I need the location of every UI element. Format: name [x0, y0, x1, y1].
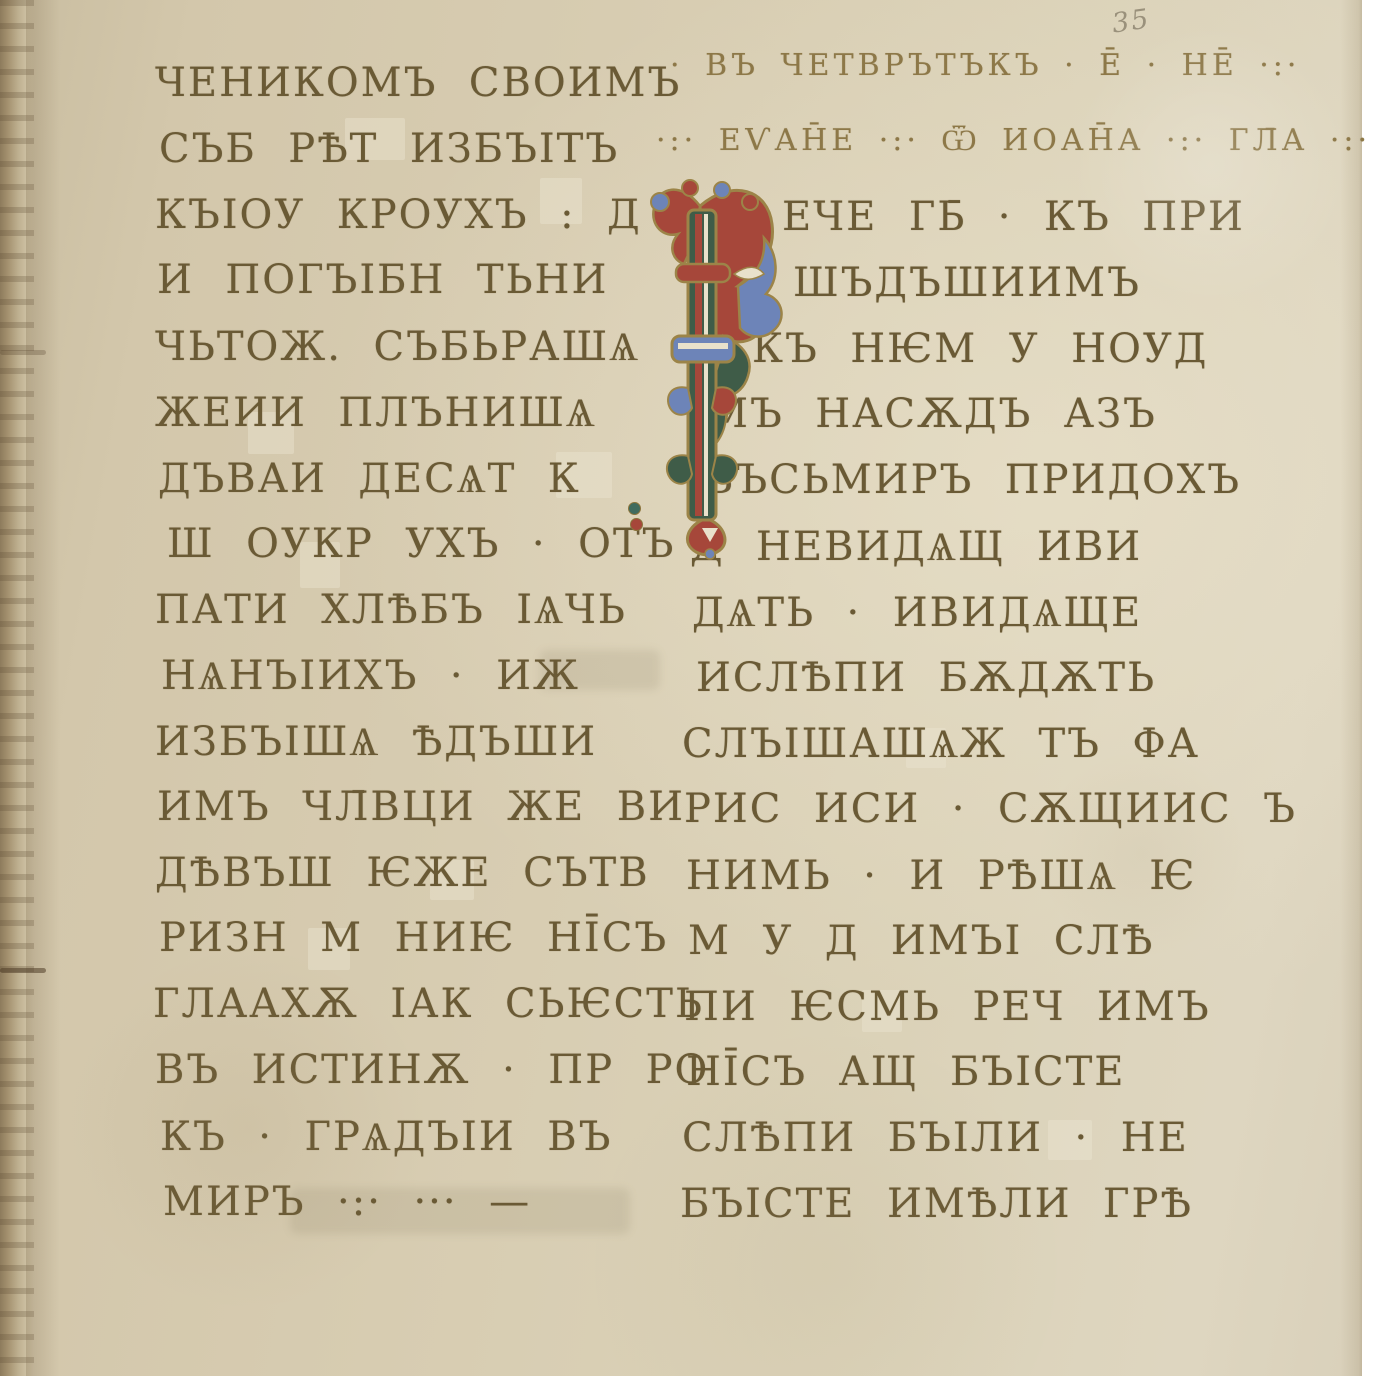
page-edge-shading [1340, 0, 1362, 1376]
text-line: Ш ОУКР УХЪ · ОТЪ [167, 521, 709, 587]
left-text-column: ЧЕНИКОМЪ СВОИМЪ СЪБ РѢТ ИЗБЪІТЪ КЪІОУ КР… [155, 60, 709, 1244]
text-line: М У Д ИМЪІ СЛѢ [680, 918, 1297, 984]
text-line: ДѦТЬ · ИВИДѦЩЕ [680, 589, 1297, 655]
text-line: НѦНЪІИХЪ · ИЖ [161, 652, 709, 718]
text-line: ЧЕНИКОМЪ СВОИМЪ [155, 60, 709, 126]
text-line: РИС ИСИ · СѪЩИИС Ъ [680, 786, 1297, 852]
text-line: ДѢВЪШ ѤЖЕ СЪТВ [155, 850, 709, 916]
text-line: СЪБ РѢТ ИЗБЪІТЪ [159, 126, 709, 192]
folio-number: 35 [1110, 3, 1152, 39]
text-line: КЪІОУ КРОУХЪ : Д [155, 192, 709, 258]
text-line: НИМЬ · И РѢШѦ Ѥ [680, 852, 1297, 918]
text-line: СЛЪІШАШѦЖ ТЪ ФА [680, 720, 1297, 786]
text-line: ПИ ѤСМЬ РЕЧ ИМЪ [680, 984, 1297, 1050]
manuscript-page: 35 · ВЪ ЧЕТВРЪТЪКЪ · Е̄ · НЕ̄ ·:· ·:· ЕѴ… [0, 0, 1376, 1376]
text-line: СЛѢПИ БЪІЛИ · НЕ [680, 1115, 1297, 1181]
binding-stitch [0, 968, 46, 973]
text-line: КЪ · ГРѦДЪІИ ВЪ [160, 1113, 709, 1179]
rubric-line-1: · ВЪ ЧЕТВРЪТЪКЪ · Е̄ · НЕ̄ ·:· [670, 48, 1216, 83]
text-line: ИМЪ ЧЛ̄ВЦИ ЖЕ ВИ [157, 784, 709, 850]
text-line: НІ̄СЪ АЩ БЪІСТЕ [680, 1049, 1297, 1115]
illuminated-initial-art [638, 168, 790, 560]
text-line: ИЗБЪІШѦ ѢДЪШИ [155, 718, 709, 784]
binding-stitch [0, 350, 46, 355]
binding-shadow [26, 0, 60, 1376]
text-line: ПАТИ ХЛѢБЪ ІѦЧЬ [155, 586, 709, 652]
text-line: ЧЬТОЖ. СЪБЬРАШѦ [155, 323, 709, 389]
text-line: ВЪ ИСТИНѪ · ПР РО [155, 1047, 709, 1113]
text-line: ДЪВАИ ДЕСѦТ К [158, 455, 709, 521]
text-line: ГЛААХѪ ІАК СЬѤСТЬ [153, 981, 709, 1047]
photo-white-margin [1362, 0, 1376, 1376]
text-line: БЪІСТЕ ИМѢЛИ ГРѢ [680, 1181, 1297, 1247]
text-line: ЖЕИИ ПЛЪНИШѦ [155, 389, 709, 455]
rubric-header: · ВЪ ЧЕТВРЪТЪКЪ · Е̄ · НЕ̄ ·:· ·:· ЕѴАН̄… [656, 48, 1216, 158]
illuminated-initial: Р [638, 168, 790, 560]
text-line: ИСЛѢПИ БѪДѪТЬ [680, 655, 1297, 721]
text-line: РИЗН М НИѤ НІ̄СЪ [159, 915, 709, 981]
text-line: МИРЪ ·:· ··· — [163, 1179, 709, 1245]
text-line: И ПОГЪІБН ТЬНИ [157, 257, 709, 323]
rubric-line-2: ·:· ЕѴАН̄Е ·:· Ѿ ИОАН̄А ·:· ГЛ̄А ·:· ПѲ … [656, 123, 1216, 158]
